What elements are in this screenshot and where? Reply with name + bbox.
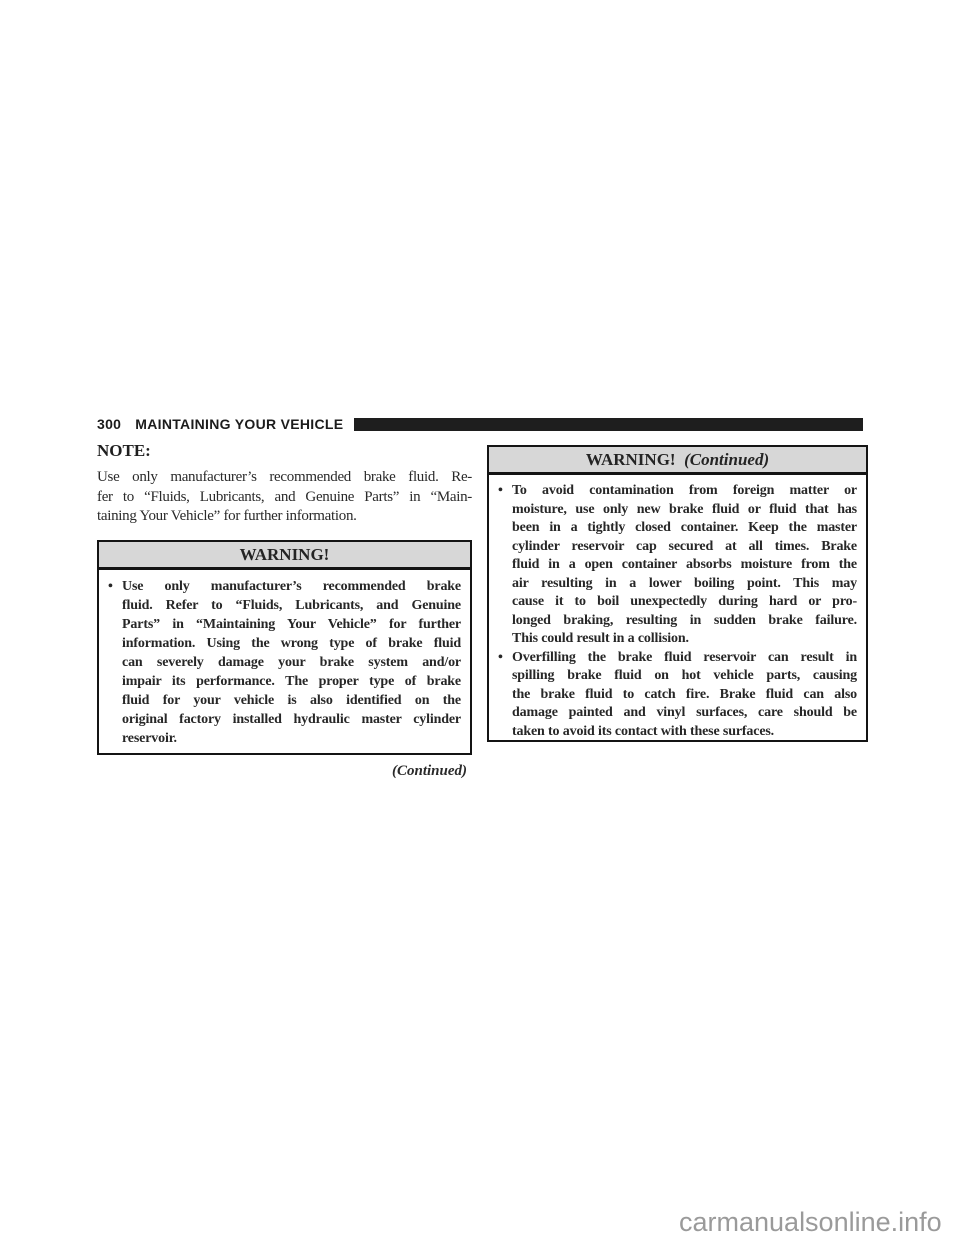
text-line: moisture, use only new brake fluid or fl… bbox=[512, 501, 857, 520]
text-line: cause it to boil unexpectedly during har… bbox=[512, 593, 857, 612]
warning-box-left: WARNING! •Use only manufacturer’s recomm… bbox=[97, 540, 472, 755]
text-line: fluid. Refer to “Fluids, Lubricants, and… bbox=[122, 596, 461, 615]
text-line: fer to “Fluids, Lubricants, and Genuine … bbox=[97, 488, 472, 508]
text-line: Use only manufacturer’s recommended brak… bbox=[122, 577, 461, 596]
bullet-icon: • bbox=[498, 649, 512, 742]
text-line: can severely damage your brake system an… bbox=[122, 653, 461, 672]
text-line: air resulting in a lower boiling point. … bbox=[512, 575, 857, 594]
text-line: fluid in a open container absorbs moistu… bbox=[512, 556, 857, 575]
text-line: been in a tightly closed container. Keep… bbox=[512, 519, 857, 538]
bullet-icon: • bbox=[108, 577, 122, 748]
bullet-text: To avoid contamination from foreign matt… bbox=[512, 482, 857, 649]
warning-box-left-body: •Use only manufacturer’s recommended bra… bbox=[99, 570, 470, 753]
text-line: Overfilling the brake fluid reservoir ca… bbox=[512, 649, 857, 668]
bullet-icon: • bbox=[498, 482, 512, 649]
text-line: To avoid contamination from foreign matt… bbox=[512, 482, 857, 501]
watermark-text: carmanualsonline.info bbox=[679, 1207, 942, 1238]
header-rule-bar bbox=[354, 418, 863, 431]
warning-bullet-item: •Use only manufacturer’s recommended bra… bbox=[108, 577, 461, 748]
text-line: reservoir. bbox=[122, 729, 461, 748]
bullet-text: Use only manufacturer’s recommended brak… bbox=[122, 577, 461, 748]
chapter-title: MAINTAINING YOUR VEHICLE bbox=[135, 416, 343, 432]
text-line: information. Using the wrong type of bra… bbox=[122, 634, 461, 653]
note-paragraph: Use only manufacturer’s recommended brak… bbox=[97, 468, 472, 527]
warning-box-left-title: WARNING! bbox=[99, 542, 470, 570]
bullet-text: Overfilling the brake fluid reservoir ca… bbox=[512, 649, 857, 742]
warning-title-text: WARNING! bbox=[586, 450, 676, 469]
warning-title-text: WARNING! bbox=[240, 545, 330, 564]
warning-box-right: WARNING! (Continued) •To avoid contamina… bbox=[487, 445, 868, 742]
text-line: Use only manufacturer’s recommended brak… bbox=[97, 468, 472, 488]
warning-box-right-title: WARNING! (Continued) bbox=[489, 447, 866, 475]
text-line: Parts” in “Maintaining Your Vehicle” for… bbox=[122, 615, 461, 634]
text-line: taken to avoid its contact with these su… bbox=[512, 723, 857, 742]
text-line: spilling brake fluid on hot vehicle part… bbox=[512, 667, 857, 686]
text-line: This could result in a collision. bbox=[512, 630, 857, 649]
running-header: 300 MAINTAINING YOUR VEHICLE bbox=[97, 416, 863, 432]
warning-title-continued-text: (Continued) bbox=[684, 450, 769, 469]
text-line: impair its performance. The proper type … bbox=[122, 672, 461, 691]
text-line: taining Your Vehicle” for further inform… bbox=[97, 507, 472, 527]
warning-bullet-item: •Overfilling the brake fluid reservoir c… bbox=[498, 649, 857, 742]
text-line: damage painted and vinyl surfaces, care … bbox=[512, 704, 857, 723]
text-line: cylinder reservoir cap secured at all ti… bbox=[512, 538, 857, 557]
text-line: fluid for your vehicle is also identifie… bbox=[122, 691, 461, 710]
continued-note: (Continued) bbox=[97, 763, 467, 780]
manual-page: 300 MAINTAINING YOUR VEHICLE NOTE: Use o… bbox=[0, 0, 960, 1242]
warning-bullet-item: •To avoid contamination from foreign mat… bbox=[498, 482, 857, 649]
text-line: the brake fluid to catch fire. Brake flu… bbox=[512, 686, 857, 705]
text-line: longed braking, resulting in sudden brak… bbox=[512, 612, 857, 631]
note-label: NOTE: bbox=[97, 441, 151, 461]
warning-box-right-body: •To avoid contamination from foreign mat… bbox=[489, 475, 866, 746]
page-number: 300 bbox=[97, 416, 121, 432]
text-line: original factory installed hydraulic mas… bbox=[122, 710, 461, 729]
